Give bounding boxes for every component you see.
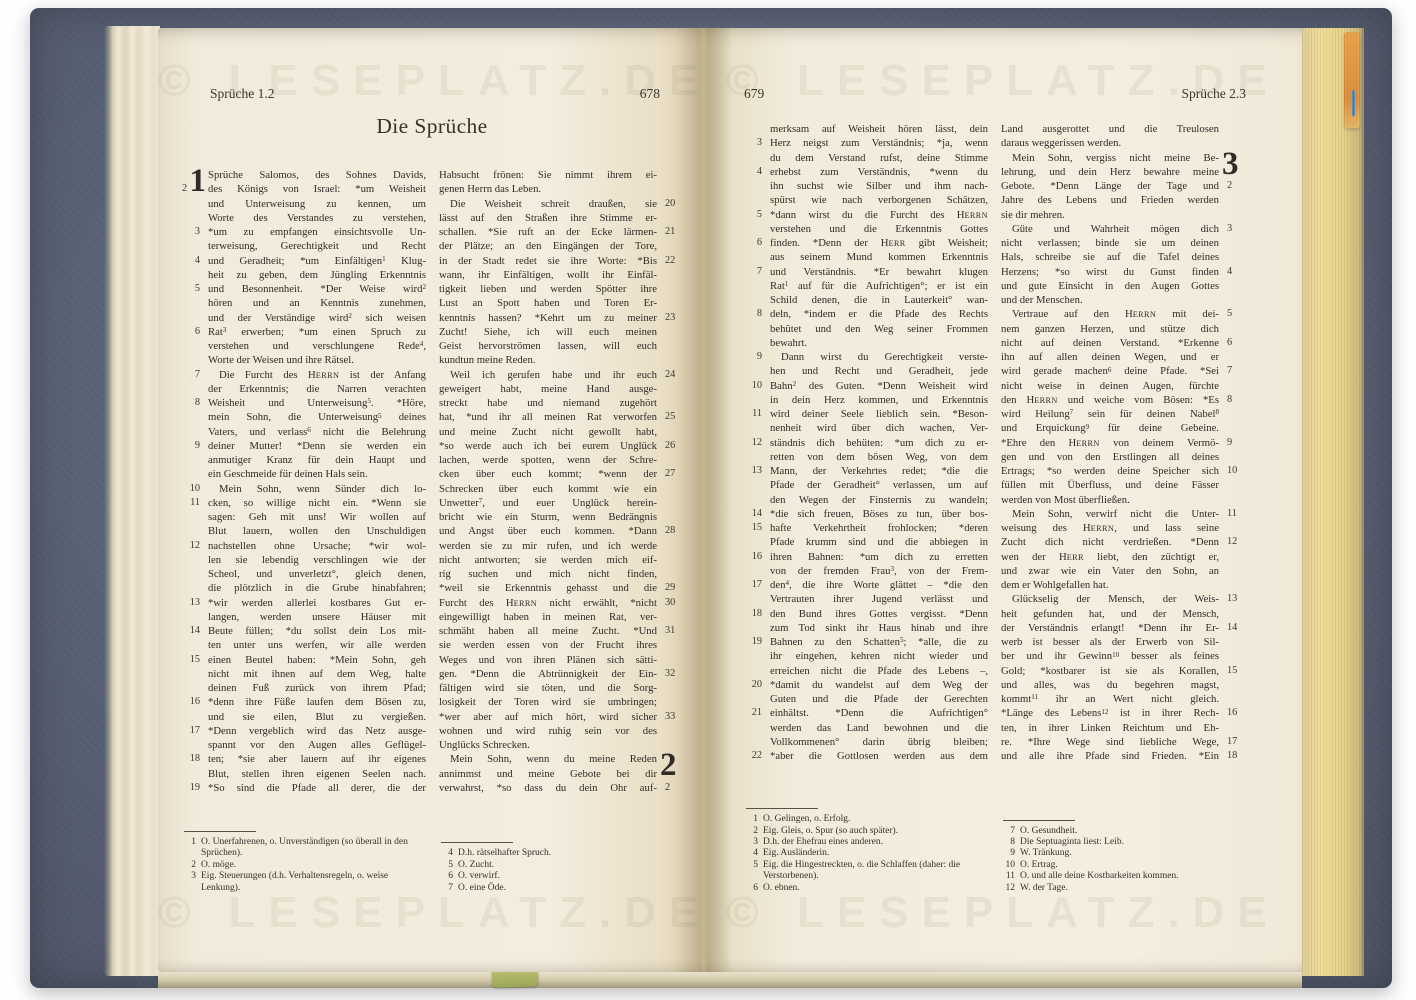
verse-number: 27 xyxy=(657,467,683,481)
verse-number: 18 xyxy=(182,752,208,766)
verse-text: *weil sie Erkenntnis gehasst und die xyxy=(439,581,657,595)
verse-text: Mein Sohn, wenn Sünder dich lo- xyxy=(208,482,426,496)
verse-text: Zucht dich nicht verdrießen. *Denn xyxy=(1001,535,1219,549)
blue-mark xyxy=(1352,90,1355,116)
chapter-number: 3 xyxy=(1222,148,1239,181)
text-line: werden von Most überfließen. xyxy=(1001,493,1245,507)
watermark-text: © LESEPLATZ.DE xyxy=(704,888,1302,938)
text-line: der Verständnis erlangt! *Denn ihr Er-14 xyxy=(1001,621,1245,635)
page-number: 678 xyxy=(640,86,660,102)
text-line: deinen Fuß zurück von ihrem Pfad; xyxy=(182,681,426,695)
verse-text: Bahn2 des Guten. *Denn Weisheit wird xyxy=(770,379,988,393)
footnote-text: O. eine Öde. xyxy=(458,883,683,894)
verse-number xyxy=(657,339,683,353)
verse-number xyxy=(182,510,208,524)
text-line: 19Bahnen zu den Schatten5; *alle, die zu xyxy=(744,635,988,649)
verse-number: 11 xyxy=(182,496,208,510)
text-line: rig suchen und mich nicht finden, xyxy=(439,567,683,581)
text-line: *Länge des Lebens12 ist in ihrer Rech-16 xyxy=(1001,706,1245,720)
verse-text: heit zu geben, dem Jüngling Erkenntnis xyxy=(208,268,426,282)
verse-number xyxy=(1219,678,1245,692)
verse-number xyxy=(182,353,208,367)
verse-number xyxy=(182,453,208,467)
text-line: genen Herrn das Leben. xyxy=(439,182,683,196)
verse-number xyxy=(744,592,770,606)
footnote-text: W. Tränkung. xyxy=(1020,848,1245,859)
verse-number: 18 xyxy=(744,607,770,621)
verse-text: und meine Zucht nicht gewollt habt, xyxy=(439,425,657,439)
text-line: mein Sohn, die Unterweisung5 deines xyxy=(182,410,426,424)
verse-text: und alle ihre Pfade sind Frieden. *Ein xyxy=(1001,749,1219,763)
verse-text: bricht wie ein Sturm, wenn Bedrängnis xyxy=(439,510,657,524)
verse-text: Geist hervorströmen lassen, will euch xyxy=(439,339,657,353)
verse-number: 21 xyxy=(657,225,683,239)
verse-text: *damit du wandelst auf dem Weg der xyxy=(770,678,988,692)
text-line: Hals, schreibe sie auf die Tafel deines xyxy=(1001,250,1245,264)
verse-number xyxy=(182,581,208,595)
text-line: nicht weise in deinen Augen, fürchte xyxy=(1001,379,1245,393)
verse-text: nicht antworten; sie werden mich eif- xyxy=(439,553,657,567)
verse-number: 17 xyxy=(182,724,208,738)
verse-number xyxy=(657,268,683,282)
text-line: sie werden essen von der Frucht ihres xyxy=(439,638,683,652)
verse-text: *dann wirst du die Furcht des HERRN xyxy=(770,208,988,222)
text-line: die plötzlich in die Grube hinabfahren; xyxy=(182,581,426,595)
verse-text: streckt habe und niemand zugehört xyxy=(439,396,657,410)
verse-text: hat, *und ihr all meinen Rat verworfen xyxy=(439,410,657,424)
verse-number: 4 xyxy=(1219,265,1245,279)
verse-text: nicht auf deinen Verstand. *Erkenne xyxy=(1001,336,1219,350)
text-line: 12ständnis dich behüten: *um dich zu er- xyxy=(744,436,988,450)
verse-text: *Ehre den HERRN von deinem Vermö- xyxy=(1001,436,1219,450)
verse-text: spannt vor den Augen alles Geflügel- xyxy=(208,738,426,752)
verse-text: Mein Sohn, vergiss nicht meine Be- xyxy=(1001,151,1219,165)
verse-number: 17 xyxy=(744,578,770,592)
verse-number xyxy=(744,493,770,507)
text-line: werb ist besser als der Erwerb von Sil- xyxy=(1001,635,1245,649)
footnote: 1O. Gelingen, o. Erfolg. xyxy=(744,814,988,825)
verse-text: Herz neigst zum Verständnis; *ja, wenn xyxy=(770,136,988,150)
text-line: und der Menschen. xyxy=(1001,293,1245,307)
verse-number: 15 xyxy=(182,653,208,667)
verse-number xyxy=(1219,649,1245,663)
verse-text: der Verständnis erlangt! *Denn ihr Er- xyxy=(1001,621,1219,635)
verse-number xyxy=(744,664,770,678)
text-line: hören und an Kenntnis zunehmen, xyxy=(182,296,426,310)
left-page: © LESEPLATZ.DE © LESEPLATZ.DE Sprüche 1.… xyxy=(158,28,704,972)
verse-number xyxy=(657,282,683,296)
verse-number xyxy=(1219,407,1245,421)
verse-number xyxy=(1219,193,1245,207)
text-line: und sie eilen, Blut zu vergießen. xyxy=(182,710,426,724)
text-column: Habsucht frönen: Sie nimmt ihrem ei-gene… xyxy=(439,168,683,894)
verse-number xyxy=(744,193,770,207)
footnote-number: 11 xyxy=(1001,871,1015,882)
footnote: 7O. Gesundheit. xyxy=(1001,826,1245,837)
text-line: *wer aber auf mich hört, wird sicher33 xyxy=(439,710,683,724)
verse-text: erreichen nicht die Pfade des Lebens –, xyxy=(770,664,988,678)
text-line: 10Mein Sohn, wenn Sünder dich lo- xyxy=(182,482,426,496)
verse-text: kommt11 ihr an Wert nicht gleich. xyxy=(1001,692,1219,706)
verse-number xyxy=(657,296,683,310)
verse-number xyxy=(744,151,770,165)
text-line: 13*wir werden allerlei kostbares Gut er- xyxy=(182,596,426,610)
verse-number xyxy=(182,410,208,424)
text-line: ihn auf allen deinen Wegen, und er xyxy=(1001,350,1245,364)
verse-number: 13 xyxy=(182,596,208,610)
text-line: hen und Recht und Geradheit, jede xyxy=(744,364,988,378)
verse-number xyxy=(744,564,770,578)
verse-number xyxy=(657,382,683,396)
verse-text: sagen: Geh mit uns! Wir wollen auf xyxy=(208,510,426,524)
verse-number: 4 xyxy=(744,165,770,179)
verse-text: Güte und Wahrheit mögen dich xyxy=(1001,222,1219,236)
verse-text: heit gefunden hat, und der Mensch, xyxy=(1001,607,1219,621)
verse-text: Jahre des Lebens und Frieden werden xyxy=(1001,193,1219,207)
text-line: 17den4, die ihre Worte glättet – *die de… xyxy=(744,578,988,592)
text-line: der Erkenntnis; die Narren verachten xyxy=(182,382,426,396)
verse-text: retten von dem bösen Weg, von dem xyxy=(770,450,988,464)
verse-text: Gold; *kostbarer ist sie als Korallen, xyxy=(1001,664,1219,678)
footnote: 5O. Zucht. xyxy=(439,860,683,871)
text-line: *weil sie Erkenntnis gehasst und die29 xyxy=(439,581,683,595)
text-line: spannt vor den Augen alles Geflügel- xyxy=(182,738,426,752)
footnote-number: 12 xyxy=(1001,883,1015,894)
verse-text: ber und ihr Gewinn10 besser als feines xyxy=(1001,649,1219,663)
verse-text: Furcht des HERRN nicht erwählt, *nicht xyxy=(439,596,657,610)
verse-number xyxy=(657,567,683,581)
verse-number xyxy=(1219,607,1245,621)
verse-text: sie dir mehren. xyxy=(1001,208,1219,222)
verse-number xyxy=(1219,379,1245,393)
verse-text: gen. *Denn die Abtrünnigkeit der Ein- xyxy=(439,667,657,681)
verse-text: und sie eilen, Blut zu vergießen. xyxy=(208,710,426,724)
verse-text: Die Weisheit schreit draußen, sie xyxy=(439,197,657,211)
text-line: 4und Geradheit; *um Einfältigen1 Klug- xyxy=(182,254,426,268)
verse-text: cken über euch kommt; *wenn der xyxy=(439,467,657,481)
verse-text: eingewilligt haben in meinen Rat, ver- xyxy=(439,610,657,624)
verse-text: deinen Fuß zurück von ihrem Pfad; xyxy=(208,681,426,695)
verse-text: ten, in ihrer Linken Reichtum und Eh- xyxy=(1001,721,1219,735)
text-line: verstehen und die Erkenntnis Gottes xyxy=(744,222,988,236)
text-line: 6Rat3 erwerben; *um einen Spruch zu xyxy=(182,325,426,339)
footnote-number: 2 xyxy=(744,826,758,837)
verse-text: und Angst über euch kommen. *Dann xyxy=(439,524,657,538)
verse-text: Weil ich gerufen habe und ihr euch xyxy=(439,368,657,382)
verse-number xyxy=(182,567,208,581)
verse-number: 15 xyxy=(1219,664,1245,678)
verse-text: Mein Sohn, verwirf nicht die Unter- xyxy=(1001,507,1219,521)
verse-number: 11 xyxy=(1219,507,1245,521)
watermark-text: © LESEPLATZ.DE xyxy=(158,888,704,938)
verse-text: cken, so willige nicht ein. *Wenn sie xyxy=(208,496,426,510)
verse-text: *Denn vergeblich wird das Netz ausge- xyxy=(208,724,426,738)
text-line: ein Geschmeide für deinen Hals sein. xyxy=(182,467,426,481)
text-line: von der fremden Frau3, von der Frem- xyxy=(744,564,988,578)
text-line: Worte der Weisen und ihre Rätsel. xyxy=(182,353,426,367)
verse-number xyxy=(182,311,208,325)
verse-text: *wir werden allerlei kostbares Gut er- xyxy=(208,596,426,610)
verse-number: 10 xyxy=(744,379,770,393)
verse-text: tigkeit lieben und werden Spötter ihre xyxy=(439,282,657,296)
verse-text: bewahrt. xyxy=(770,336,988,350)
running-head-title: Sprüche 1.2 xyxy=(210,86,275,102)
verse-text: den Bund ihres Gottes vergisst. *Denn xyxy=(770,607,988,621)
text-line: 21einhältst. *Denn die Aufrichtigen° xyxy=(744,706,988,720)
verse-number xyxy=(657,211,683,225)
verse-text: Scheol, und unverletzt°, gleich denen, xyxy=(208,567,426,581)
verse-number xyxy=(182,382,208,396)
verse-text: und Unterweisung zu kennen, um xyxy=(208,197,426,211)
verse-number xyxy=(744,336,770,350)
verse-number: 17 xyxy=(1219,735,1245,749)
verse-text: verstehen und verschlungene Rede4, xyxy=(208,339,426,353)
text-line: kenntnis hassen? *Kehrt um zu meiner23 xyxy=(439,311,683,325)
verse-text: wird deiner Seele lieblich sein. *Beson- xyxy=(770,407,988,421)
running-header: Sprüche 1.2 678 xyxy=(182,86,686,102)
text-line: nicht auf deinen Verstand. *Erkenne6 xyxy=(1001,336,1245,350)
text-line: 18den Bund ihres Gottes vergisst. *Denn xyxy=(744,607,988,621)
chapter-number: 2 xyxy=(660,749,677,782)
text-line: Weges und von ihren Plänen sich sätti- xyxy=(439,653,683,667)
verse-number xyxy=(1219,421,1245,435)
verse-text: und gute Einsicht in den Augen Gottes xyxy=(1001,279,1219,293)
verse-text: ten; *sie aber lauern auf ihr eigenes xyxy=(208,752,426,766)
verse-number: 12 xyxy=(1219,535,1245,549)
verse-text: nem ganzen Herzen, und stütze dich xyxy=(1001,322,1219,336)
verse-text: ten unter uns werfen, wir alle werden xyxy=(208,638,426,652)
verse-text: hafte Verkehrtheit frohlocken; *deren xyxy=(770,521,988,535)
verse-number xyxy=(182,638,208,652)
verse-number xyxy=(657,653,683,667)
text-line: Geist hervorströmen lassen, will euch xyxy=(439,339,683,353)
verse-number xyxy=(182,524,208,538)
verse-text: sie werden essen von der Frucht ihres xyxy=(439,638,657,652)
verse-text: terweisung, Gerechtigkeit und Recht xyxy=(208,239,426,253)
verse-number: 7 xyxy=(1219,364,1245,378)
text-line: und alles, was du begehren magst, xyxy=(1001,678,1245,692)
text-line: und zwar wie ein Vater den Sohn, an xyxy=(1001,564,1245,578)
text-line: terweisung, Gerechtigkeit und Recht xyxy=(182,239,426,253)
text-line: eingewilligt haben in meinen Rat, ver- xyxy=(439,610,683,624)
verse-text: verwahrst, *so dass du dein Ohr auf- xyxy=(439,781,657,795)
footnotes-block: 4D.h. rätselhafter Spruch.5O. Zucht.6O. … xyxy=(439,842,683,894)
verse-number: 22 xyxy=(744,749,770,763)
verse-text: *um zu empfangen einsichtsvolle Un- xyxy=(208,225,426,239)
text-line: der Plätze; an den Eingängen der Tore, xyxy=(439,239,683,253)
text-line: Gold; *kostbarer ist sie als Korallen,15 xyxy=(1001,664,1245,678)
verse-text: Vertrauten ihrer Jugend verlässt und xyxy=(770,592,988,606)
text-line: streckt habe und niemand zugehört xyxy=(439,396,683,410)
verse-text: deiner Mutter! *Denn sie werden ein xyxy=(208,439,426,453)
text-line: 20*damit du wandelst auf dem Weg der xyxy=(744,678,988,692)
running-head-title: Sprüche 2.3 xyxy=(1182,86,1247,102)
verse-number xyxy=(744,649,770,663)
verse-number xyxy=(657,695,683,709)
footnote-rule xyxy=(441,842,513,843)
verse-number xyxy=(1219,692,1245,706)
verse-text: füllen mit Überfluss, und deine Fässer xyxy=(1001,478,1219,492)
verse-number: 31 xyxy=(657,624,683,638)
verse-text: lässt auf den Straßen ihre Stimme er- xyxy=(439,211,657,225)
verse-text: wohnen und wird ruhig sein vor des xyxy=(439,724,657,738)
verse-text: anmutiger Kranz für dein Haupt und xyxy=(208,453,426,467)
verse-text: werden das Land bewohnen und die xyxy=(770,721,988,735)
text-line: Unglücks Schrecken. xyxy=(439,738,683,752)
verse-number: 7 xyxy=(744,265,770,279)
verse-number: 14 xyxy=(744,507,770,521)
text-line: 4erhebst zum Verständnis, *wenn du xyxy=(744,165,988,179)
verse-number xyxy=(744,222,770,236)
text-line: nicht verlassen; binde sie um deinen xyxy=(1001,236,1245,250)
text-line: Pfade der Geradheit° verlassen, um auf xyxy=(744,478,988,492)
verse-number xyxy=(182,667,208,681)
text-line: kommt11 ihr an Wert nicht gleich. xyxy=(1001,692,1245,706)
verse-number xyxy=(182,767,208,781)
verse-text: annimmst und meine Gebote bei dir xyxy=(439,767,657,781)
verse-text: fältigen wird sie töten, und die Sorg- xyxy=(439,681,657,695)
verse-text: Ertrags; *so werden deine Speicher sich xyxy=(1001,464,1219,478)
verse-text: Rat1 auf für die Aufrichtigen°; er ist e… xyxy=(770,279,988,293)
verse-text: in dein Herz kommen, und Erkenntnis xyxy=(770,393,988,407)
right-page: © LESEPLATZ.DE © LESEPLATZ.DE 679 Sprüch… xyxy=(704,28,1302,972)
verse-text: wen der HERR liebt, den züchtigt er, xyxy=(1001,550,1219,564)
verse-text: die plötzlich in die Grube hinabfahren; xyxy=(208,581,426,595)
verse-text: den HERRN und weiche vom Bösen: *Es xyxy=(1001,393,1219,407)
verse-number xyxy=(1219,578,1245,592)
text-line: Güte und Wahrheit mögen dich3 xyxy=(1001,222,1245,236)
text-line: 18ten; *sie aber lauern auf ihr eigenes xyxy=(182,752,426,766)
verse-text: nicht mit ihnen auf dem Weg, halte xyxy=(208,667,426,681)
verse-number xyxy=(1219,236,1245,250)
verse-text: genen Herrn das Leben. xyxy=(439,182,657,196)
verse-text: ihn suchst wie Silber und ihm nach- xyxy=(770,179,988,193)
text-line: fältigen wird sie töten, und die Sorg- xyxy=(439,681,683,695)
verse-number xyxy=(182,268,208,282)
footnote: 1O. Unerfahrenen, o. Unverständigen (so … xyxy=(182,837,426,860)
verse-text: und der Verständige wird2 sich weisen xyxy=(208,311,426,325)
text-line: wird gerade machen6 deine Pfade. *Sei7 xyxy=(1001,364,1245,378)
verse-number: 5 xyxy=(744,208,770,222)
verse-number: 16 xyxy=(182,695,208,709)
verse-text: und Erquickung9 für deine Gebeine. xyxy=(1001,421,1219,435)
verse-number xyxy=(1219,322,1245,336)
verse-text: *so werde auch ich bei eurem Unglück xyxy=(439,439,657,453)
verse-text: dem er Wohlgefallen hat. xyxy=(1001,578,1219,592)
verse-text: Unwetter7, und euer Unglück herein- xyxy=(439,496,657,510)
verse-number xyxy=(657,482,683,496)
verse-text: einhältst. *Denn die Aufrichtigen° xyxy=(770,706,988,720)
text-line: werden das Land bewohnen und die xyxy=(744,721,988,735)
verse-number: 9 xyxy=(182,439,208,453)
verse-text: rig suchen und mich nicht finden, xyxy=(439,567,657,581)
text-line: re. *Ihre Wege sind liebliche Wege,17 xyxy=(1001,735,1245,749)
verse-text: und der Menschen. xyxy=(1001,293,1219,307)
verse-number: 11 xyxy=(744,407,770,421)
verse-number xyxy=(657,453,683,467)
verse-text: Die Furcht des HERRN ist der Anfang xyxy=(208,368,426,382)
text-line: 6finden. *Denn der HERR gibt Weisheit; xyxy=(744,236,988,250)
text-line: dem er Wohlgefallen hat. xyxy=(1001,578,1245,592)
verse-text: behütet und den Weg seiner Frommen xyxy=(770,322,988,336)
verse-text: *aber die Gottlosen werden aus dem xyxy=(770,749,988,763)
verse-text: daraus weggerissen werden. xyxy=(1001,136,1219,150)
verse-number xyxy=(744,621,770,635)
page-edges-left xyxy=(104,26,160,976)
footnotes-block: 1O. Gelingen, o. Erfolg.2Eig. Gleis, o. … xyxy=(744,808,988,894)
footnote-number: 5 xyxy=(439,860,453,871)
footnote-text: O. und alle deine Kostbarkeiten kommen. xyxy=(1020,871,1245,882)
text-line: *Ehre den HERRN von deinem Vermö-9 xyxy=(1001,436,1245,450)
text-line: lachen, werde spotten, wenn der Schre- xyxy=(439,453,683,467)
verse-text: Blut, stellen ihren eigenen Seelen nach. xyxy=(208,767,426,781)
text-line: daraus weggerissen werden. xyxy=(1001,136,1245,150)
text-line: Mein Sohn, verwirf nicht die Unter-11 xyxy=(1001,507,1245,521)
verse-text: *Länge des Lebens12 ist in ihrer Rech- xyxy=(1001,706,1219,720)
verse-text: *So sind die Pfade all derer, die der xyxy=(208,781,426,795)
text-line: Gebote. *Denn Länge der Tage und2 xyxy=(1001,179,1245,193)
verse-number xyxy=(744,450,770,464)
verse-number xyxy=(182,239,208,253)
verse-text: Gebote. *Denn Länge der Tage und xyxy=(1001,179,1219,193)
verse-number: 19 xyxy=(182,781,208,795)
text-line: hat, *und ihr all meinen Rat verworfen25 xyxy=(439,410,683,424)
verse-number xyxy=(657,325,683,339)
text-line: und Angst über euch kommen. *Dann28 xyxy=(439,524,683,538)
verse-number: 21 xyxy=(744,706,770,720)
verse-text: wird Heilung7 sein für deinen Nabel8 xyxy=(1001,407,1219,421)
verse-text: finden. *Denn der HERR gibt Weisheit; xyxy=(770,236,988,250)
verse-text: verstehen und die Erkenntnis Gottes xyxy=(770,222,988,236)
verse-text: nenheit wird über dich wachen, Ver- xyxy=(770,421,988,435)
verse-number: 13 xyxy=(744,464,770,478)
footnote-rule xyxy=(1003,820,1075,821)
footnote-text: D.h. rätselhafter Spruch. xyxy=(458,848,683,859)
text-line: behütet und den Weg seiner Frommen xyxy=(744,322,988,336)
text-line: Weil ich gerufen habe und ihr euch24 xyxy=(439,368,683,382)
footnote: 2O. möge. xyxy=(182,860,426,871)
footnote: 3Eig. Steuerungen (d.h. Verhaltensregeln… xyxy=(182,871,426,894)
footnotes-block: 1O. Unerfahrenen, o. Unverständigen (so … xyxy=(182,831,426,894)
text-line: annimmst und meine Gebote bei dir xyxy=(439,767,683,781)
text-line: wird Heilung7 sein für deinen Nabel8 xyxy=(1001,407,1245,421)
verse-number xyxy=(744,478,770,492)
verse-text: ein Geschmeide für deinen Hals sein. xyxy=(208,467,426,481)
verse-text: kenntnis hassen? *Kehrt um zu meiner xyxy=(439,311,657,325)
footnote-number: 6 xyxy=(439,871,453,882)
verse-text: Weges und von ihren Plänen sich sätti- xyxy=(439,653,657,667)
verse-number: 8 xyxy=(1219,393,1245,407)
verse-text: hen und Recht und Geradheit, jede xyxy=(770,364,988,378)
verse-number: 2 xyxy=(657,752,683,766)
footnote-text: O. Zucht. xyxy=(458,860,683,871)
footnote-number: 1 xyxy=(182,837,196,860)
verse-text: werden sie zu mir rufen, und ich werde xyxy=(439,539,657,553)
text-line: Schrecken über euch kommt wie ein xyxy=(439,482,683,496)
text-line: Herzens; *so wirst du Gunst finden4 xyxy=(1001,265,1245,279)
verse-text: Hals, schreibe sie auf die Tafel deines xyxy=(1001,250,1219,264)
verse-number xyxy=(1219,350,1245,364)
verse-number: 1 xyxy=(182,168,208,182)
text-line: verwahrst, *so dass du dein Ohr auf-2 xyxy=(439,781,683,795)
verse-text: den Wegen der Finsternis zu wandeln; xyxy=(770,493,988,507)
text-line: gen und von den Erstlingen all deines xyxy=(1001,450,1245,464)
verse-number: 6 xyxy=(744,236,770,250)
verse-text: Dann wirst du Gerechtigkeit verste- xyxy=(770,350,988,364)
verse-text: der Plätze; an den Eingängen der Tore, xyxy=(439,239,657,253)
footnote-text: O. Ertrag. xyxy=(1020,860,1245,871)
verse-number: 20 xyxy=(657,197,683,211)
